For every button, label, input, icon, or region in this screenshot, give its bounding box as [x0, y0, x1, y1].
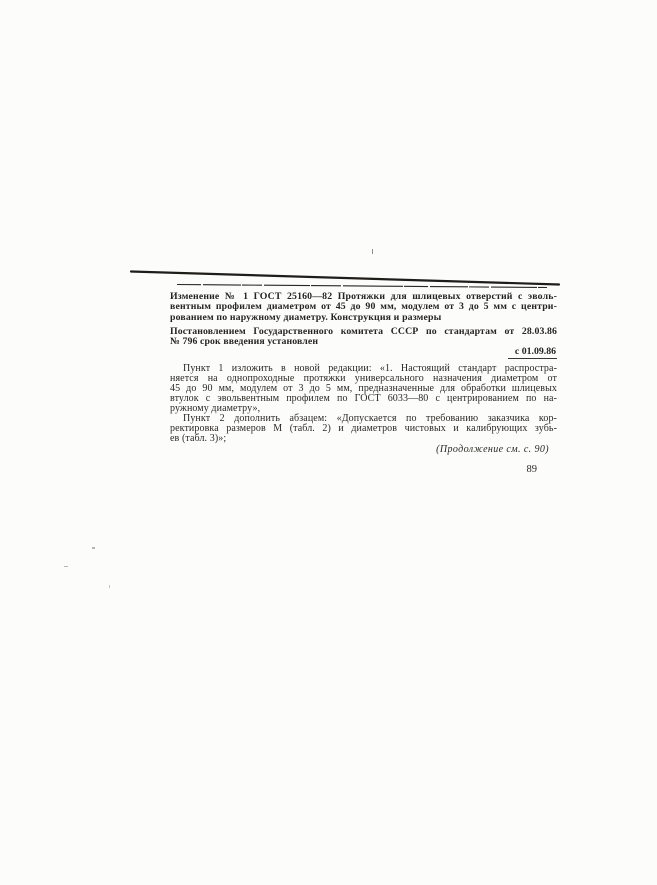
thin-separator-line — [177, 285, 547, 288]
amendment-body: Пункт 1 изложить в новой редакции: «1. Н… — [170, 364, 557, 444]
paragraph-punkt-1: Пункт 1 изложить в новой редакции: «1. Н… — [170, 364, 557, 414]
paragraph-line: ректировка размеров М (табл. 2) и диамет… — [170, 424, 557, 434]
scan-speck — [64, 566, 68, 567]
scan-speck — [92, 547, 95, 549]
page-number: 89 — [170, 464, 557, 475]
amendment-title-line: рованием по наружному диаметру. Конструк… — [170, 313, 557, 323]
effective-date: с 01.09.86 — [508, 346, 557, 359]
header-separator-lines — [0, 0, 657, 300]
effective-date-row: с 01.09.86 — [170, 346, 557, 359]
paragraph-line: ев (табл. 3)»; — [170, 434, 557, 444]
document-page: Изменение № 1 ГОСТ 25160—82 Протяжки для… — [0, 0, 657, 885]
decree-statement: Постановлением Государственного комитета… — [170, 327, 557, 348]
amendment-title: Изменение № 1 ГОСТ 25160—82 Протяжки для… — [170, 292, 557, 323]
scan-speck — [109, 585, 110, 588]
continuation-note: (Продолжение см. с. 90) — [170, 444, 557, 455]
thick-separator-line — [131, 272, 559, 285]
paragraph-punkt-2: Пункт 2 дополнить абзацем: «Допускается … — [170, 414, 557, 444]
registration-tick-mark — [372, 249, 373, 254]
